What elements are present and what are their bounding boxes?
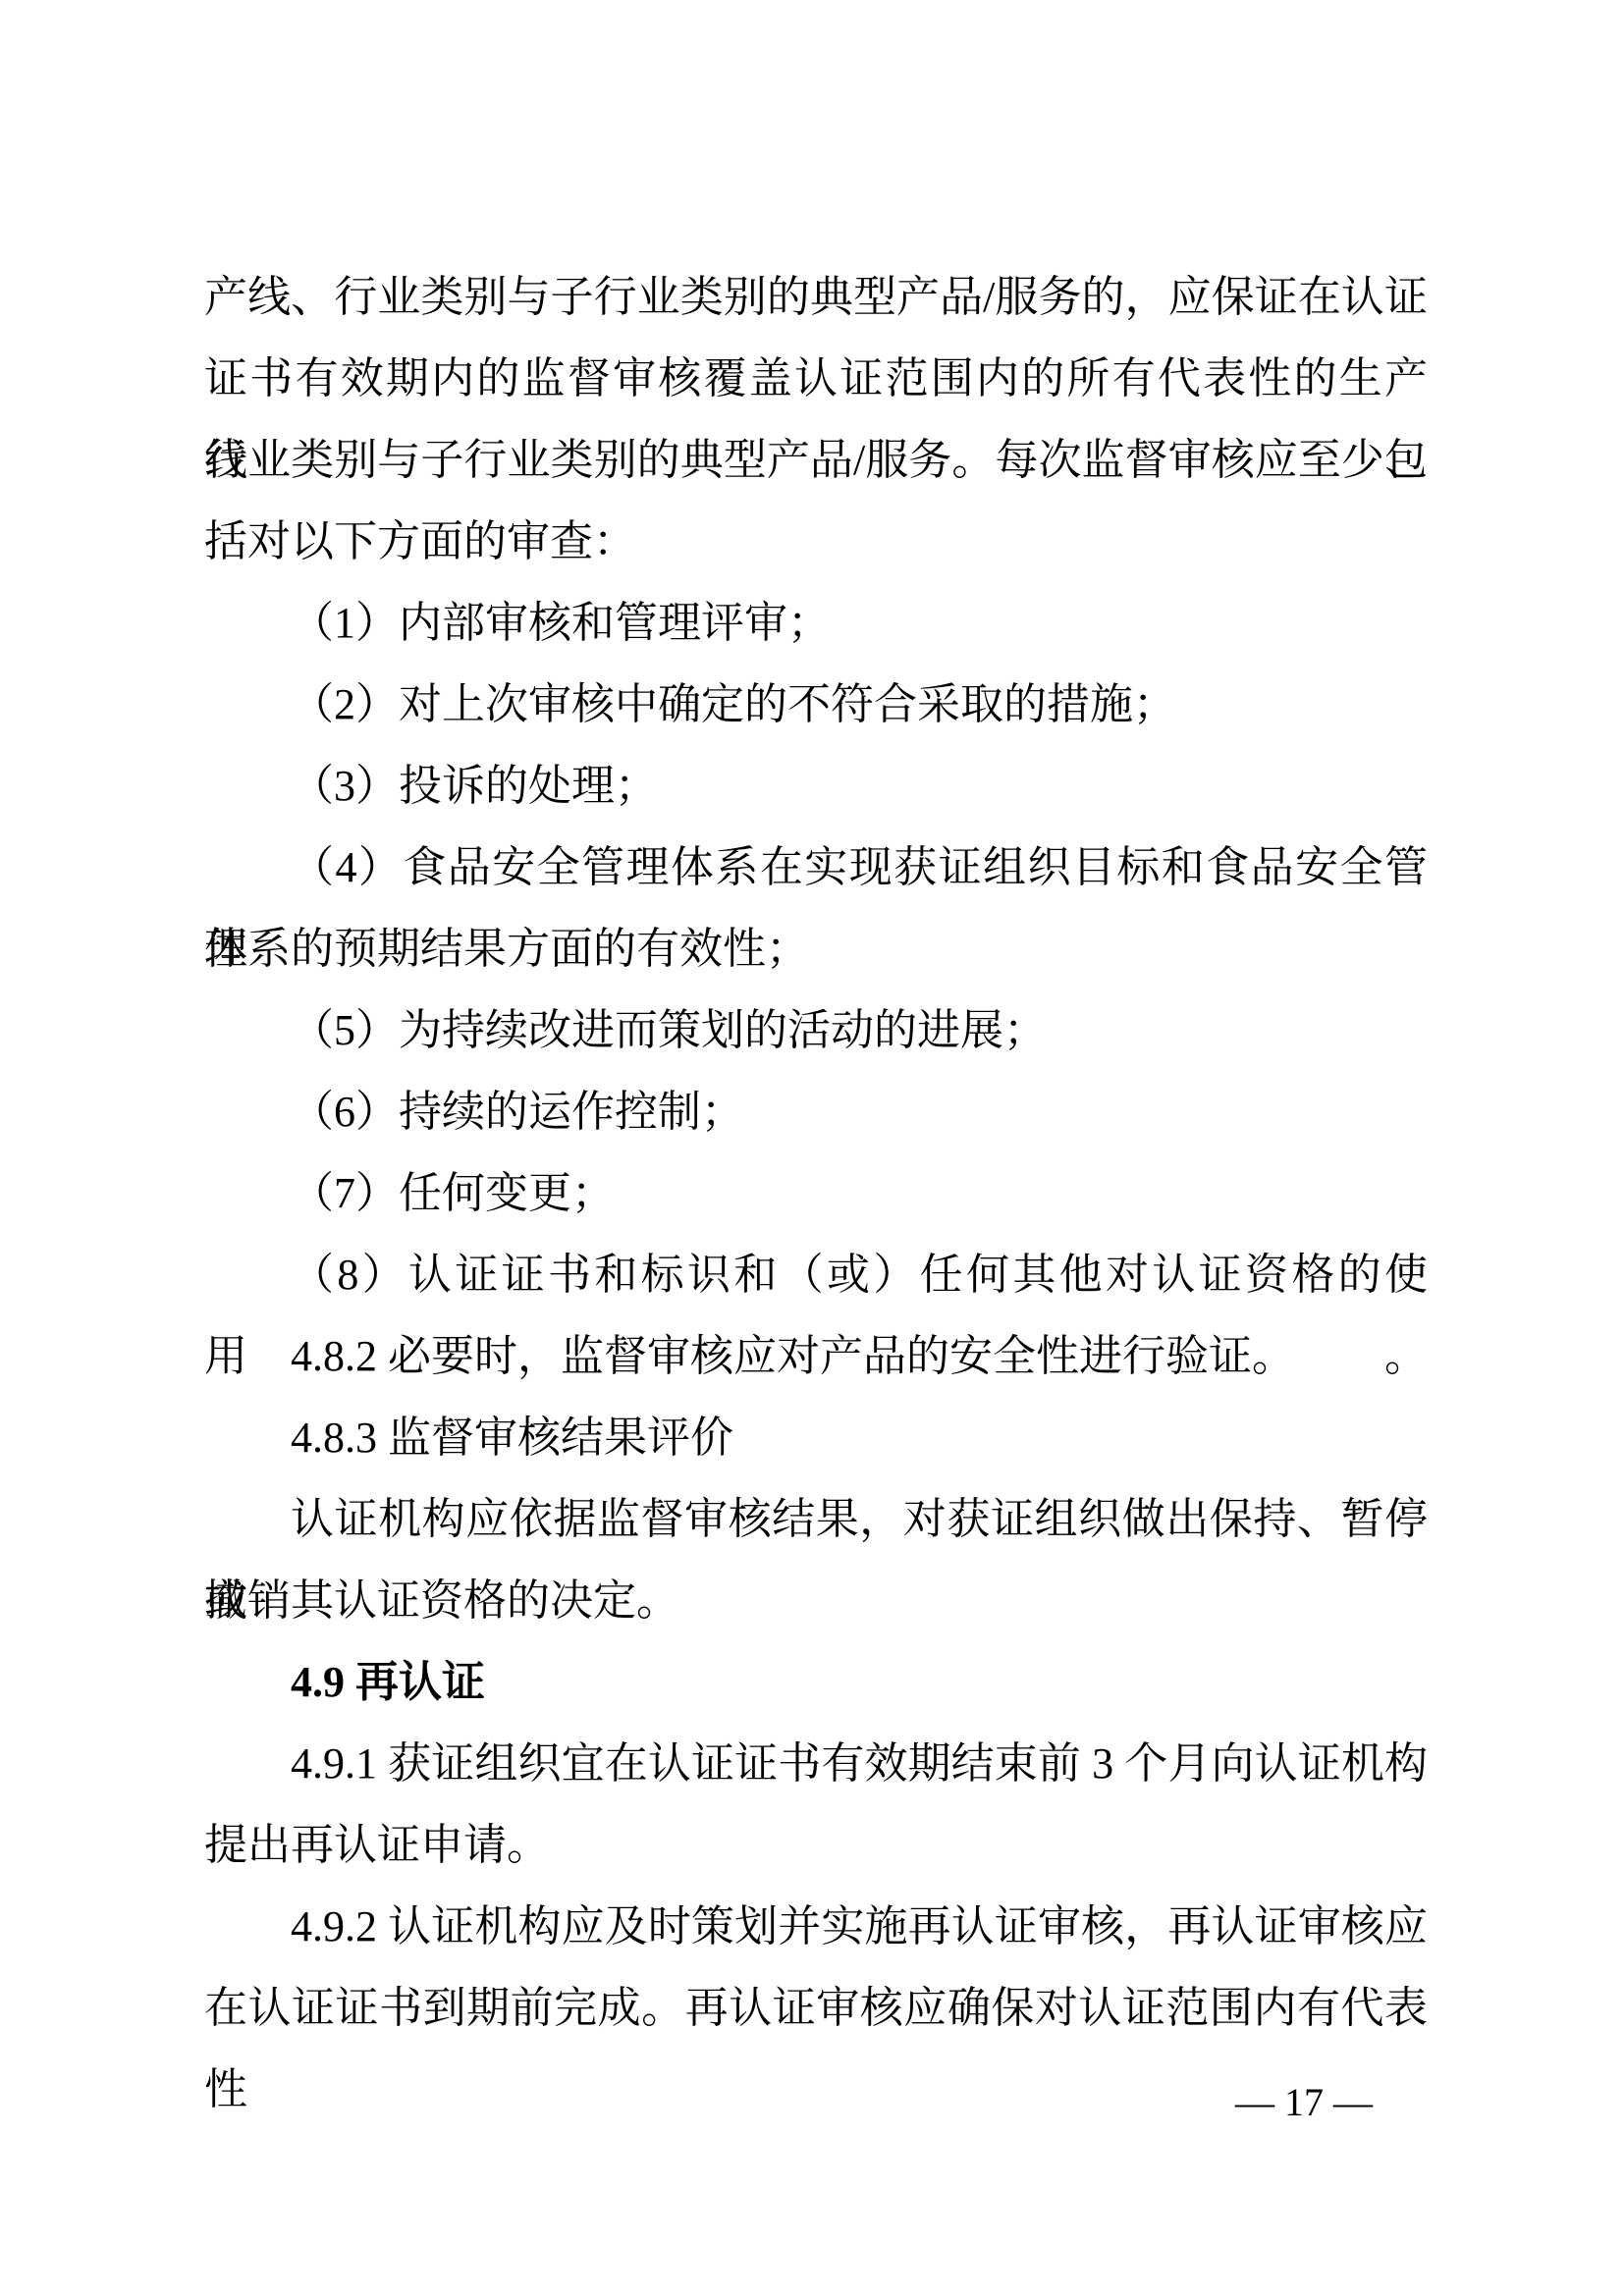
text-line-13: （8）认证证书和标识和（或）任何其他对认证资格的使用。 — [204, 1234, 1428, 1315]
text-line-5: （1）内部审核和管理评审； — [204, 582, 1428, 664]
text-line-15: 4.8.3 监督审核结果评价 — [204, 1397, 1428, 1478]
text-line-21: 4.9.2 认证机构应及时策划并实施再认证审核，再认证审核应 — [204, 1886, 1428, 1967]
text-line-22: 在认证证书到期前完成。再认证审核应确保对认证范围内有代表性 — [204, 1967, 1428, 2049]
text-line-18: 4.9 再认证 — [204, 1641, 1428, 1723]
text-line-17: 撤销其认证资格的决定。 — [204, 1560, 1428, 1641]
text-line-8: （4）食品安全管理体系在实现获证组织目标和食品安全管理 — [204, 827, 1428, 908]
text-line-20: 提出再认证申请。 — [204, 1804, 1428, 1886]
text-line-11: （6）持续的运作控制； — [204, 1071, 1428, 1152]
text-line-9: 体系的预期结果方面的有效性； — [204, 908, 1428, 989]
page-number: — 17 — — [1186, 2073, 1422, 2132]
text-line-19: 4.9.1 获证组织宜在认证证书有效期结束前 3 个月向认证机构 — [204, 1723, 1428, 1804]
text-line-4: 括对以下方面的审查： — [204, 501, 1428, 582]
text-line-12: （7）任何变更； — [204, 1152, 1428, 1234]
text-line-14: 4.8.2 必要时，监督审核应对产品的安全性进行验证。 — [204, 1315, 1428, 1397]
text-line-2: 证书有效期内的监督审核覆盖认证范围内的所有代表性的生产线、 — [204, 338, 1428, 419]
document-page: 产线、行业类别与子行业类别的典型产品/服务的，应保证在认证证书有效期内的监督审核… — [0, 0, 1624, 2296]
text-line-1: 产线、行业类别与子行业类别的典型产品/服务的，应保证在认证 — [204, 256, 1428, 338]
document-body: 产线、行业类别与子行业类别的典型产品/服务的，应保证在认证证书有效期内的监督审核… — [204, 256, 1428, 2049]
text-line-16: 认证机构应依据监督审核结果，对获证组织做出保持、暂停或 — [204, 1478, 1428, 1560]
text-line-10: （5）为持续改进而策划的活动的进展； — [204, 989, 1428, 1071]
text-line-7: （3）投诉的处理； — [204, 745, 1428, 827]
text-line-3: 行业类别与子行业类别的典型产品/服务。每次监督审核应至少包 — [204, 419, 1428, 501]
text-line-6: （2）对上次审核中确定的不符合采取的措施； — [204, 664, 1428, 745]
